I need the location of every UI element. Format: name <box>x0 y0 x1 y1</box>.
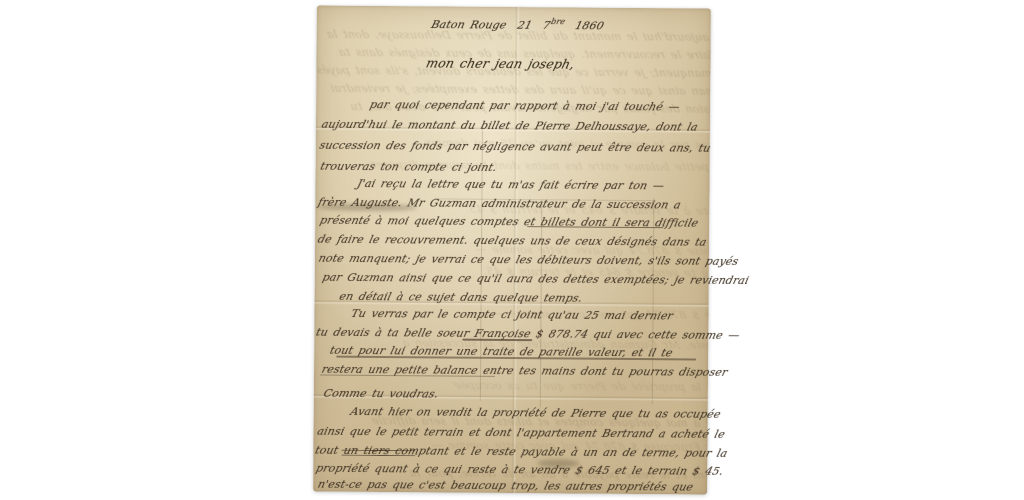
handwriting-layer: Baton Rouge 21 7bre 1860 mon cher jean j… <box>313 5 711 494</box>
letter-line: par Guzman ainsi que ce qu'il aura des d… <box>321 271 750 287</box>
letter-line: aujourd'hui le montant du billet de Pier… <box>320 118 699 134</box>
dateline: Baton Rouge 21 7bre 1860 <box>430 16 606 32</box>
letter-line: par quoi cependant par rapport à moi j'a… <box>368 98 681 113</box>
letter-line: propriété quant à ce qui reste à te vend… <box>315 461 725 477</box>
dateline-day: 21 <box>516 19 534 32</box>
ink-smudge <box>317 203 417 211</box>
letter-line: restera une petite balance entre tes mai… <box>320 363 729 379</box>
letter-line: trouveras ton compte ci joint. <box>319 160 498 174</box>
letter-line: ainsi que le petit terrain et dont l'app… <box>316 424 727 440</box>
ink-double-underline <box>341 450 415 457</box>
dateline-place: Baton Rouge <box>430 18 508 32</box>
letter-line: n'est-ce pas que c'est beaucoup trop, le… <box>316 477 694 493</box>
ink-underline <box>462 339 532 341</box>
letter-line: Avant hier on vendit la propriété de Pie… <box>349 405 722 421</box>
letter-line: succession des fonds par négligence avan… <box>318 139 712 155</box>
dateline-year: 1860 <box>574 19 606 32</box>
letter-line: de faire le recouvrement. quelques uns d… <box>316 232 708 248</box>
letter-line: note manquent; je verrai ce que les débi… <box>317 251 740 267</box>
letter-line: J'ai reçu la lettre que tu m'as fait écr… <box>356 177 666 192</box>
letter-line: Tu verras par le compte ci joint qu'au 2… <box>350 307 675 322</box>
salutation: mon cher jean joseph, <box>425 55 577 71</box>
letter-line: en détail à ce sujet dans quelque temps. <box>338 290 584 305</box>
letter-page: aujourd'hui le montant du billet de Pier… <box>313 5 711 494</box>
letter-line: Comme tu voudras. <box>322 387 440 401</box>
ink-smudge <box>537 459 579 467</box>
dateline-month-suffix: bre <box>550 17 566 26</box>
ink-underline <box>320 374 495 376</box>
photo-background: aujourd'hui le montant du billet de Pier… <box>0 0 1024 500</box>
